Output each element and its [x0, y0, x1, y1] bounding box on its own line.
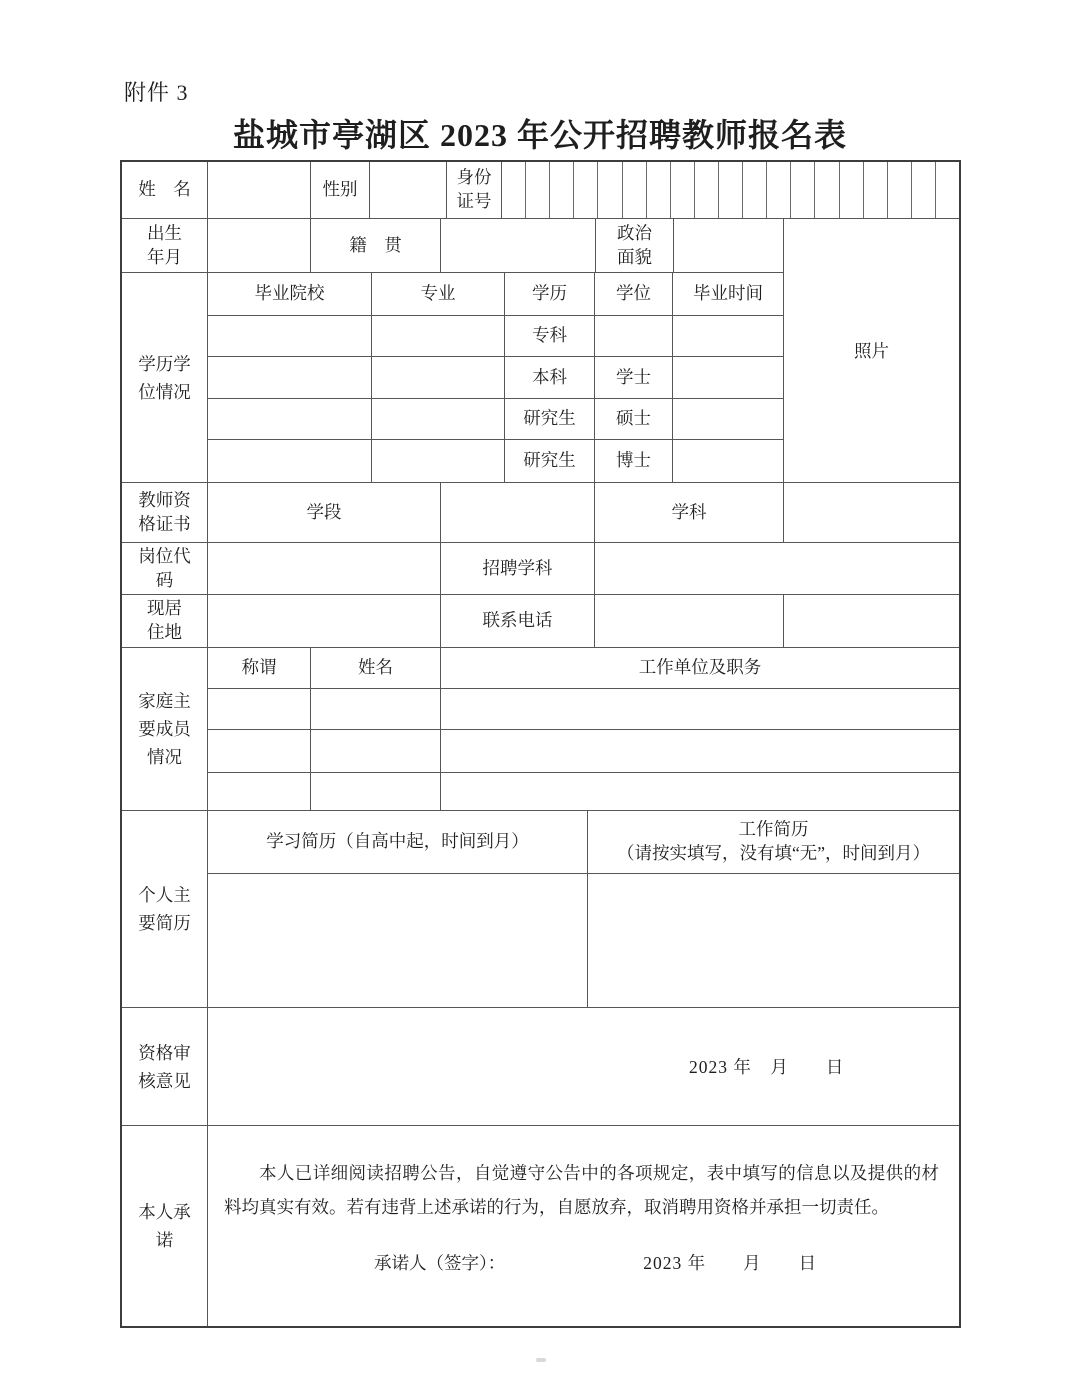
id-digit-cell[interactable] [526, 162, 550, 218]
commitment-text: 本人已详细阅读招聘公告，自觉遵守公告中的各项规定，表中填写的信息以及提供的材料均… [224, 1156, 939, 1224]
scan-artifact [536, 1358, 546, 1362]
row-birth: 出生 年月 籍 贯 政治 面貌 [122, 219, 783, 273]
edu-degree-label [595, 316, 673, 356]
id-digit-cell[interactable] [695, 162, 719, 218]
id-digit-cell[interactable] [550, 162, 574, 218]
edu-degree-label: 硕士 [595, 399, 673, 439]
edu-grad-time-cell[interactable] [673, 316, 783, 356]
row-position-code: 岗位代 码 招聘学科 [122, 543, 959, 595]
page-title: 盐城市亭湖区 2023 年公开招聘教师报名表 [0, 110, 1080, 156]
family-header-name: 姓名 [311, 648, 441, 688]
birth-input-cell[interactable] [208, 219, 311, 272]
id-digit-cell[interactable] [623, 162, 647, 218]
id-digit-cell[interactable] [647, 162, 671, 218]
work-resume-input-cell[interactable] [588, 874, 959, 1007]
commitment-date-line: 2023 年 月 日 [643, 1250, 817, 1275]
edu-header-grad-time: 毕业时间 [673, 273, 783, 315]
study-resume-header: 学习简历（自高中起，时间到月） [208, 811, 588, 873]
attachment-label: 附件 3 [124, 76, 189, 107]
native-place-label: 籍 贯 [311, 219, 441, 272]
commitment-section: 本人承 诺 本人已详细阅读招聘公告，自觉遵守公告中的各项规定，表中填写的信息以及… [122, 1126, 959, 1326]
edu-school-cell[interactable] [208, 316, 372, 356]
edu-grad-time-cell[interactable] [673, 440, 783, 482]
edu-header-level: 学历 [505, 273, 595, 315]
family-name-cell[interactable] [311, 689, 441, 729]
edu-grad-time-cell[interactable] [673, 357, 783, 398]
political-status-label: 政治 面貌 [596, 219, 674, 272]
id-digit-cell[interactable] [767, 162, 791, 218]
signer-label: 承诺人（签字）： [374, 1250, 505, 1275]
certificate-section-label: 教师资 格证书 [122, 483, 208, 542]
position-code-label: 岗位代 码 [122, 543, 208, 594]
education-grid: 毕业院校 专业 学历 学位 毕业时间 专科 [208, 273, 783, 482]
birth-label: 出生 年月 [122, 219, 208, 272]
family-section-label: 家庭主 要成员 情况 [122, 648, 208, 810]
resume-section-label: 个人主 要简历 [122, 811, 208, 1007]
education-row: 研究生 博士 [208, 440, 783, 482]
edu-degree-label: 学士 [595, 357, 673, 398]
edu-major-cell[interactable] [372, 357, 505, 398]
commitment-sign-row: 承诺人（签字）： 2023 年 月 日 [224, 1250, 939, 1275]
photo-label: 照片 [854, 338, 889, 363]
id-digit-cell[interactable] [502, 162, 526, 218]
id-digit-cell[interactable] [743, 162, 767, 218]
id-digit-cell[interactable] [574, 162, 598, 218]
review-section-label: 资格审 核意见 [122, 1008, 208, 1125]
education-section-label: 学历学 位情况 [122, 273, 208, 482]
family-work-cell[interactable] [441, 773, 959, 810]
certificate-stage-label: 学段 [208, 483, 441, 542]
row-residence: 现居 住地 联系电话 [122, 595, 959, 648]
family-header-row: 称谓 姓名 工作单位及职务 [208, 648, 959, 689]
row-name: 姓 名 性别 身份 证号 [122, 162, 959, 219]
family-grid: 称谓 姓名 工作单位及职务 [208, 648, 959, 810]
certificate-subject-input-cell[interactable] [784, 483, 959, 542]
family-name-cell[interactable] [311, 773, 441, 810]
certificate-stage-input-cell[interactable] [441, 483, 595, 542]
photo-cell[interactable]: 照片 [784, 219, 959, 482]
family-row [208, 773, 959, 810]
family-row [208, 730, 959, 773]
family-header-relation: 称谓 [208, 648, 311, 688]
edu-school-cell[interactable] [208, 440, 372, 482]
row-teacher-certificate: 教师资 格证书 学段 学科 [122, 483, 959, 543]
edu-header-school: 毕业院校 [208, 273, 372, 315]
family-work-cell[interactable] [441, 689, 959, 729]
native-place-input-cell[interactable] [441, 219, 596, 272]
family-row [208, 689, 959, 730]
family-relation-cell[interactable] [208, 773, 311, 810]
id-digit-cell[interactable] [912, 162, 936, 218]
edu-grad-time-cell[interactable] [673, 399, 783, 439]
edu-major-cell[interactable] [372, 316, 505, 356]
family-header-work: 工作单位及职务 [441, 648, 959, 688]
review-section: 资格审 核意见 2023 年 月 日 [122, 1008, 959, 1126]
position-code-input-cell[interactable] [208, 543, 441, 594]
study-resume-input-cell[interactable] [208, 874, 588, 1007]
id-number-label: 身份 证号 [447, 162, 502, 218]
phone-input-cell[interactable] [595, 595, 784, 647]
resume-section: 个人主 要简历 学习简历（自高中起，时间到月） 工作简历 （请按实填写，没有填“… [122, 811, 959, 1008]
document-page: 附件 3 盐城市亭湖区 2023 年公开招聘教师报名表 姓 名 性别 身份 证号… [0, 0, 1080, 1373]
gender-label: 性别 [311, 162, 370, 218]
education-row: 研究生 硕士 [208, 399, 783, 440]
edu-header-major: 专业 [372, 273, 505, 315]
edu-school-cell[interactable] [208, 399, 372, 439]
id-digit-cell[interactable] [840, 162, 864, 218]
work-resume-header: 工作简历 （请按实填写，没有填“无”，时间到月） [588, 811, 959, 873]
edu-major-cell[interactable] [372, 440, 505, 482]
residence-input-cell[interactable] [208, 595, 441, 647]
family-name-cell[interactable] [311, 730, 441, 772]
recruit-subject-input-cell[interactable] [595, 543, 959, 594]
edu-level-label: 专科 [505, 316, 595, 356]
edu-level-label: 研究生 [505, 440, 595, 482]
recruit-subject-label: 招聘学科 [441, 543, 595, 594]
application-form-table: 姓 名 性别 身份 证号 出生 年月 籍 贯 政治 面貌 [120, 160, 961, 1328]
education-row: 本科 学士 [208, 357, 783, 399]
id-digit-cell[interactable] [598, 162, 622, 218]
id-digit-cell[interactable] [864, 162, 888, 218]
gender-input-cell[interactable] [370, 162, 447, 218]
edu-degree-label: 博士 [595, 440, 673, 482]
resume-header-row: 学习简历（自高中起，时间到月） 工作简历 （请按实填写，没有填“无”，时间到月） [208, 811, 959, 874]
id-digit-cell[interactable] [791, 162, 815, 218]
political-status-input-cell[interactable] [674, 219, 783, 272]
commitment-section-label: 本人承 诺 [122, 1126, 208, 1326]
review-input-cell[interactable]: 2023 年 月 日 [208, 1008, 959, 1125]
edu-header-degree: 学位 [595, 273, 673, 315]
certificate-subject-label: 学科 [595, 483, 784, 542]
commitment-content: 本人已详细阅读招聘公告，自觉遵守公告中的各项规定，表中填写的信息以及提供的材料均… [208, 1126, 959, 1326]
id-number-cells [502, 162, 959, 218]
resume-body-row [208, 874, 959, 1007]
id-digit-cell[interactable] [671, 162, 695, 218]
residence-extra-cell[interactable] [784, 595, 959, 647]
birth-education-left: 出生 年月 籍 贯 政治 面貌 学历学 位情况 毕业院校 专业 学历 学位 [122, 219, 784, 482]
phone-label: 联系电话 [441, 595, 595, 647]
id-digit-cell[interactable] [936, 162, 959, 218]
name-input-cell[interactable] [208, 162, 311, 218]
education-section: 学历学 位情况 毕业院校 专业 学历 学位 毕业时间 专科 [122, 273, 783, 482]
review-date-line: 2023 年 月 日 [689, 1054, 844, 1079]
id-digit-cell[interactable] [815, 162, 839, 218]
id-digit-cell[interactable] [719, 162, 743, 218]
resume-grid: 学习简历（自高中起，时间到月） 工作简历 （请按实填写，没有填“无”，时间到月） [208, 811, 959, 1007]
family-work-cell[interactable] [441, 730, 959, 772]
family-relation-cell[interactable] [208, 730, 311, 772]
edu-level-label: 本科 [505, 357, 595, 398]
family-section: 家庭主 要成员 情况 称谓 姓名 工作单位及职务 [122, 648, 959, 811]
id-digit-cell[interactable] [888, 162, 912, 218]
education-row: 专科 [208, 316, 783, 357]
section-birth-education: 出生 年月 籍 贯 政治 面貌 学历学 位情况 毕业院校 专业 学历 学位 [122, 219, 959, 483]
name-label: 姓 名 [122, 162, 208, 218]
residence-label: 现居 住地 [122, 595, 208, 647]
edu-level-label: 研究生 [505, 399, 595, 439]
edu-major-cell[interactable] [372, 399, 505, 439]
family-relation-cell[interactable] [208, 689, 311, 729]
education-header-row: 毕业院校 专业 学历 学位 毕业时间 [208, 273, 783, 316]
edu-school-cell[interactable] [208, 357, 372, 398]
